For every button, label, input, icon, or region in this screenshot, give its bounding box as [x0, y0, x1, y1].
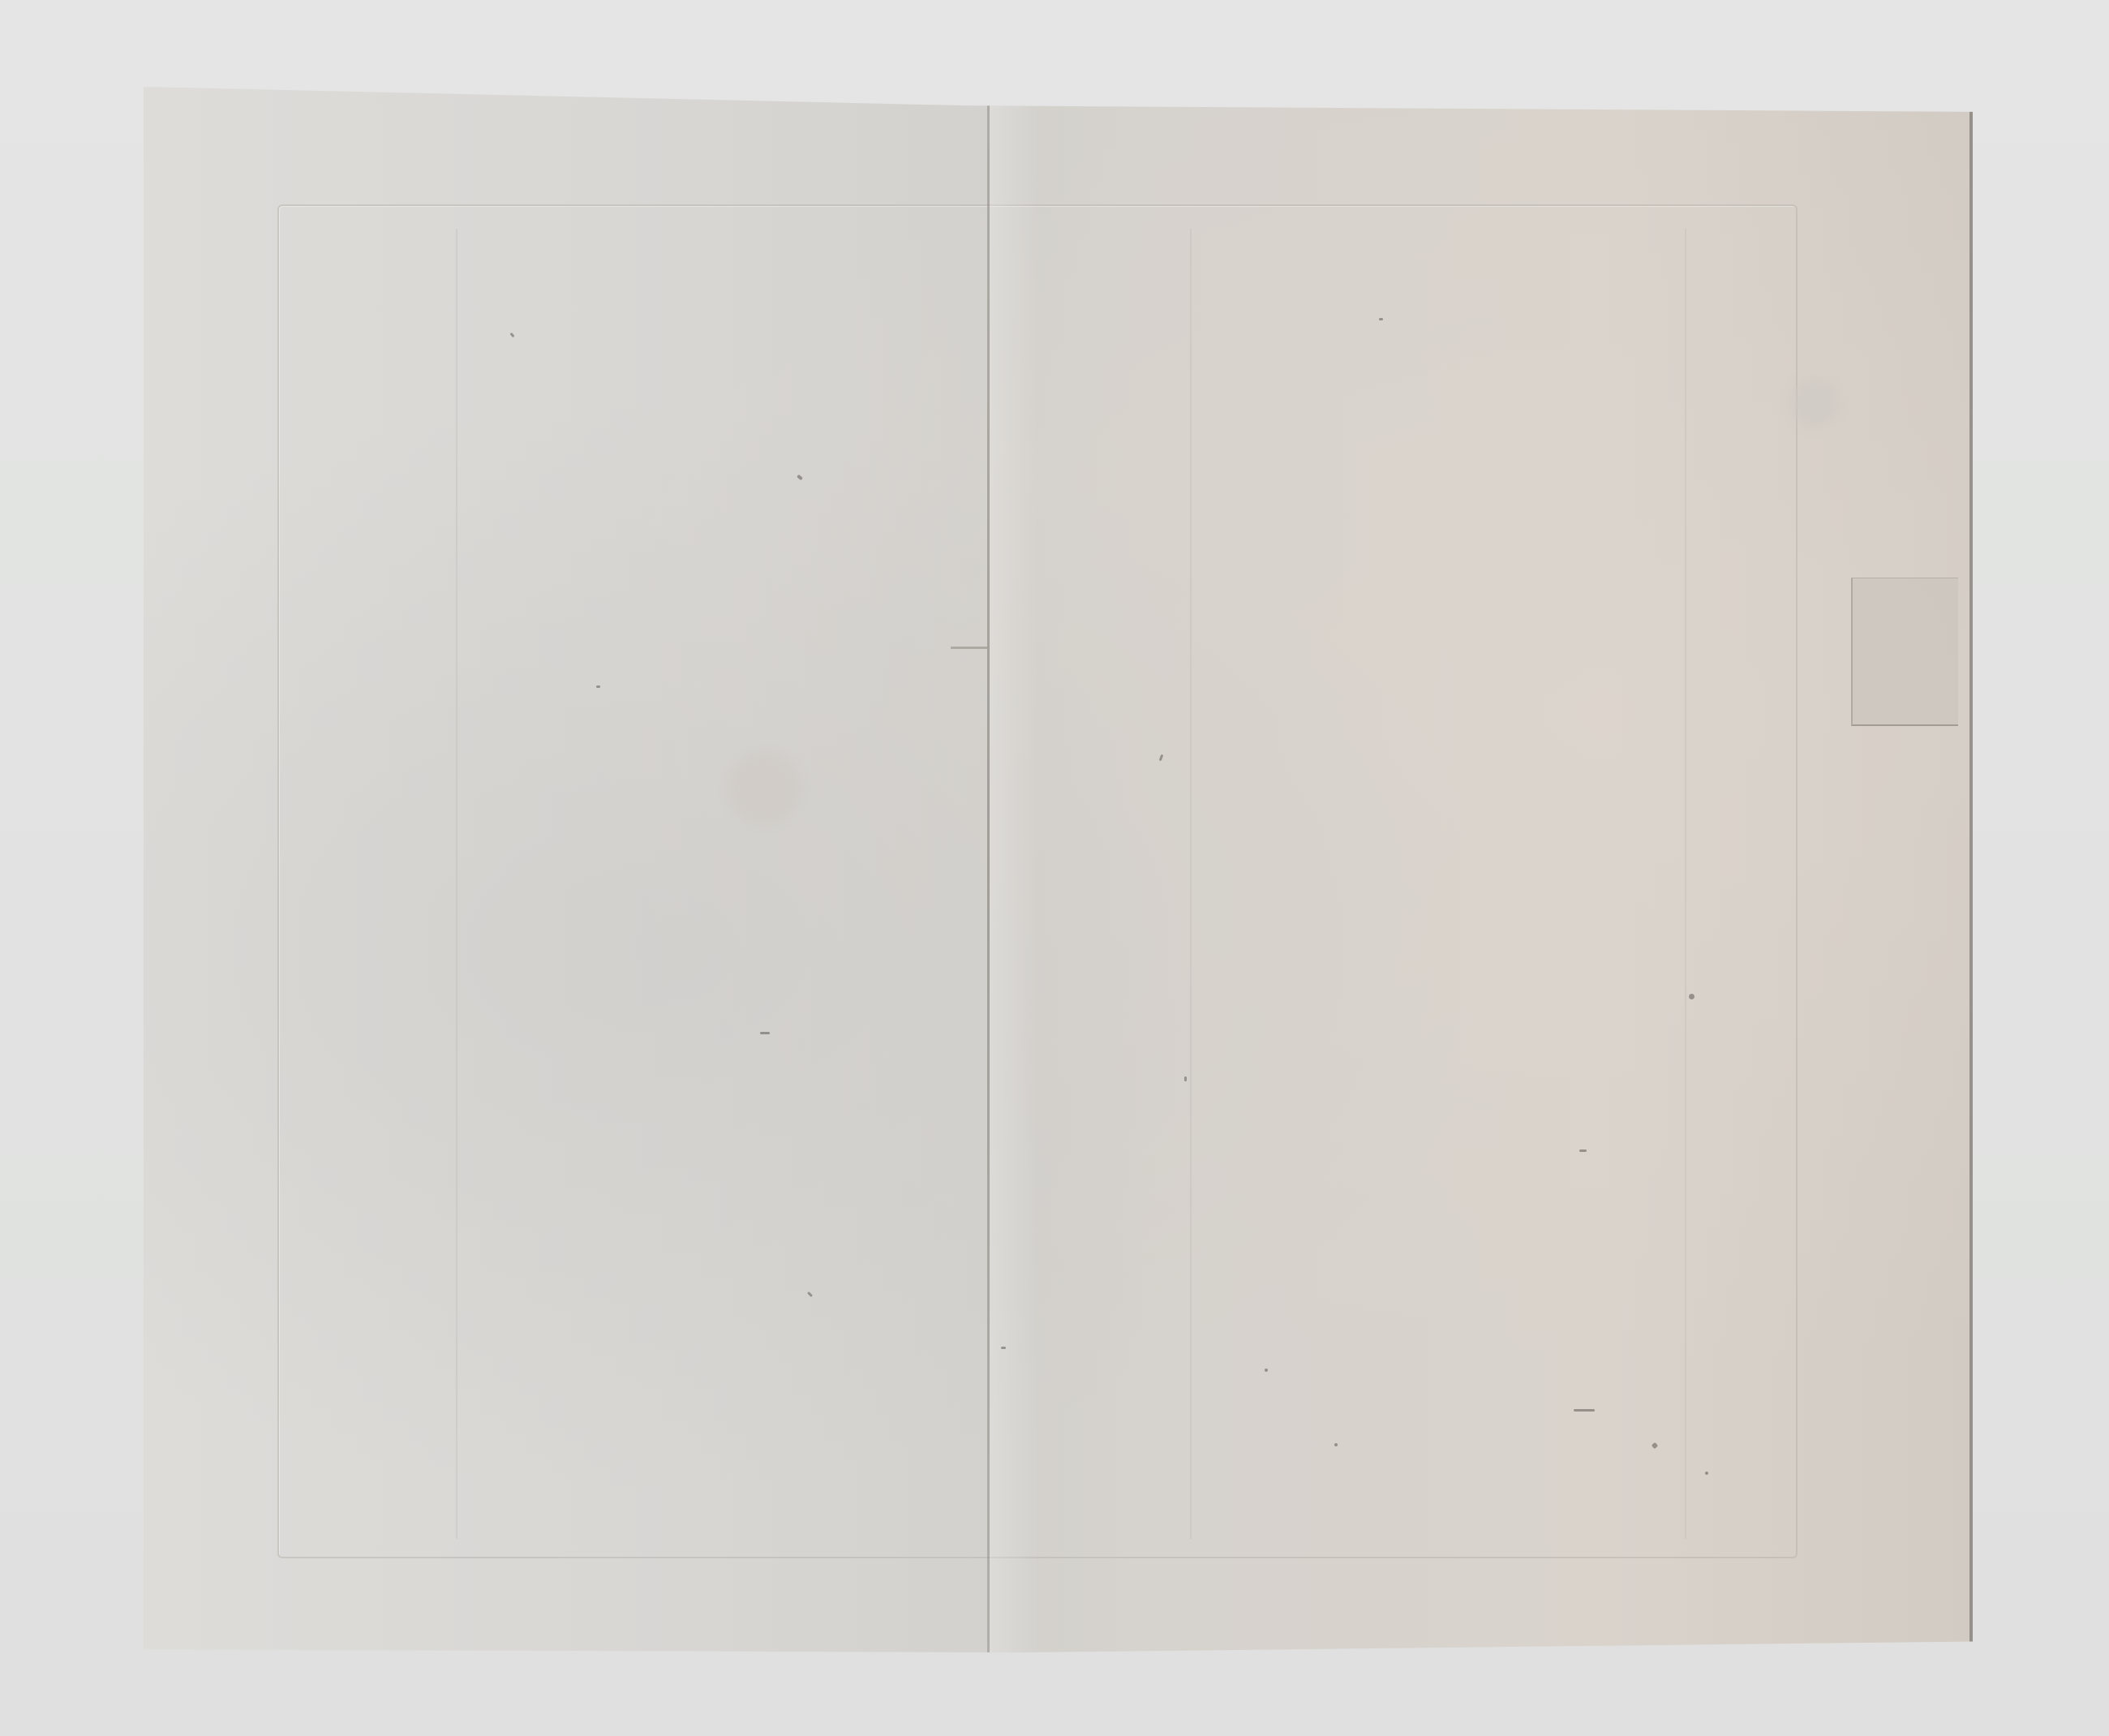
speck: [1689, 994, 1695, 999]
speck: [596, 685, 600, 688]
stain-spot: [1790, 379, 1839, 428]
paper-patch: [1851, 578, 1958, 726]
fold-highlight: [990, 87, 1038, 1652]
speck: [760, 1032, 770, 1034]
faint-vertical-impression: [1685, 229, 1686, 1539]
speck: [1379, 318, 1383, 320]
speck: [1574, 1409, 1595, 1412]
faint-vertical-impression: [456, 229, 457, 1539]
paper-sheet: [144, 87, 1973, 1652]
speck: [1001, 1347, 1006, 1349]
speck: [1334, 1443, 1338, 1446]
speck: [1579, 1149, 1587, 1152]
fold-tick-mark: [951, 647, 987, 649]
speck: [1265, 1369, 1268, 1372]
paper-edge-shadow: [1969, 87, 1973, 1652]
speck: [1705, 1472, 1708, 1475]
speck: [1184, 1076, 1187, 1081]
faint-vertical-impression: [1190, 229, 1192, 1539]
stain-spot: [728, 752, 801, 825]
